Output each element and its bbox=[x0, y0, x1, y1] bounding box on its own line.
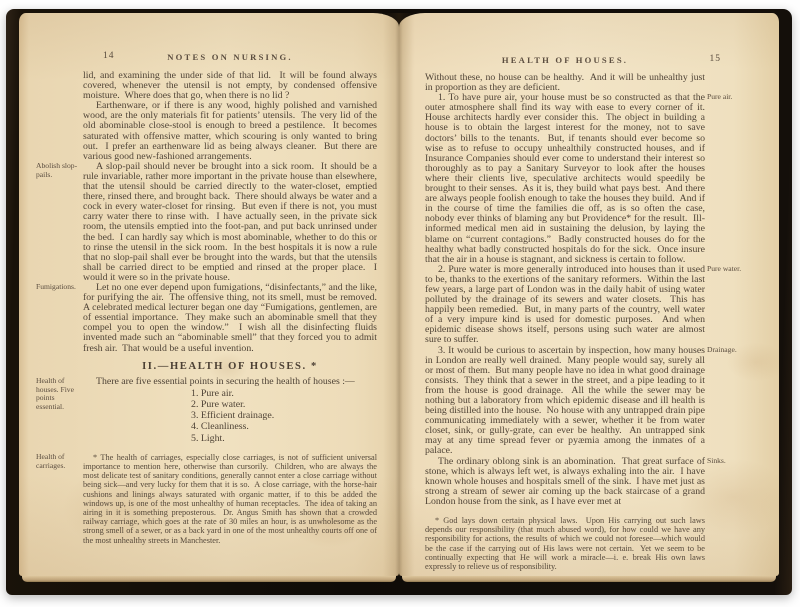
margin-note: Health of houses. Five points essential. bbox=[36, 377, 80, 411]
paragraph: Earthenware, or if there is any wood, hi… bbox=[83, 101, 377, 162]
margin-note: Pure water. bbox=[707, 265, 763, 274]
numbered-list: 1. Pure air.2. Pure water.3. Efficient d… bbox=[83, 388, 377, 444]
page-right-text: Without these, no house can be healthy. … bbox=[425, 73, 705, 571]
running-head-right: HEALTH OF HOUSES. bbox=[425, 55, 705, 65]
footnote: * God lays down certain physical laws. U… bbox=[425, 516, 705, 571]
open-pages: 14 NOTES ON NURSING. lid, and examining … bbox=[19, 13, 779, 583]
book-photograph: 14 NOTES ON NURSING. lid, and examining … bbox=[0, 0, 800, 607]
paragraph: There are five essential points in secur… bbox=[83, 377, 377, 387]
book-cover: 14 NOTES ON NURSING. lid, and examining … bbox=[6, 9, 792, 595]
list-item: 3. Efficient drainage. bbox=[191, 410, 377, 421]
page-right: HEALTH OF HOUSES. 15 Without these, no h… bbox=[399, 13, 779, 576]
list-item: 4. Cleanliness. bbox=[191, 421, 377, 432]
page-left-text: lid, and examining the under side of tha… bbox=[83, 71, 377, 545]
footnote: * The health of carriages, especially cl… bbox=[83, 453, 377, 545]
margin-note: Drainage. bbox=[707, 346, 763, 355]
paragraph: The ordinary oblong sink is an abominati… bbox=[425, 457, 705, 507]
margin-note: Fumigations. bbox=[36, 283, 80, 292]
paragraph: 1. To have pure air, your house must be … bbox=[425, 93, 705, 265]
paragraph: Without these, no house can be healthy. … bbox=[425, 73, 705, 93]
paragraph: lid, and examining the under side of tha… bbox=[83, 71, 377, 101]
margin-note: Sinks. bbox=[707, 457, 763, 466]
page-number-right: 15 bbox=[710, 54, 722, 64]
page-left: 14 NOTES ON NURSING. lid, and examining … bbox=[19, 13, 399, 576]
margin-note: Pure air. bbox=[707, 93, 763, 102]
paragraph: A slop-pail should never be brought into… bbox=[83, 162, 377, 283]
margin-note: Health of carriages. bbox=[36, 453, 80, 470]
list-item: 5. Light. bbox=[191, 433, 377, 444]
list-item: 2. Pure water. bbox=[191, 399, 377, 410]
paragraph: Let no one ever depend upon fumigations,… bbox=[83, 283, 377, 354]
paragraph: 3. It would be curious to ascertain by i… bbox=[425, 346, 705, 457]
list-item: 1. Pure air. bbox=[191, 388, 377, 399]
running-head-left: NOTES ON NURSING. bbox=[83, 52, 377, 62]
section-heading: II.—HEALTH OF HOUSES. * bbox=[83, 361, 377, 372]
margin-note: Abolish slop-pails. bbox=[36, 162, 80, 179]
paragraph: 2. Pure water is more generally introduc… bbox=[425, 265, 705, 346]
